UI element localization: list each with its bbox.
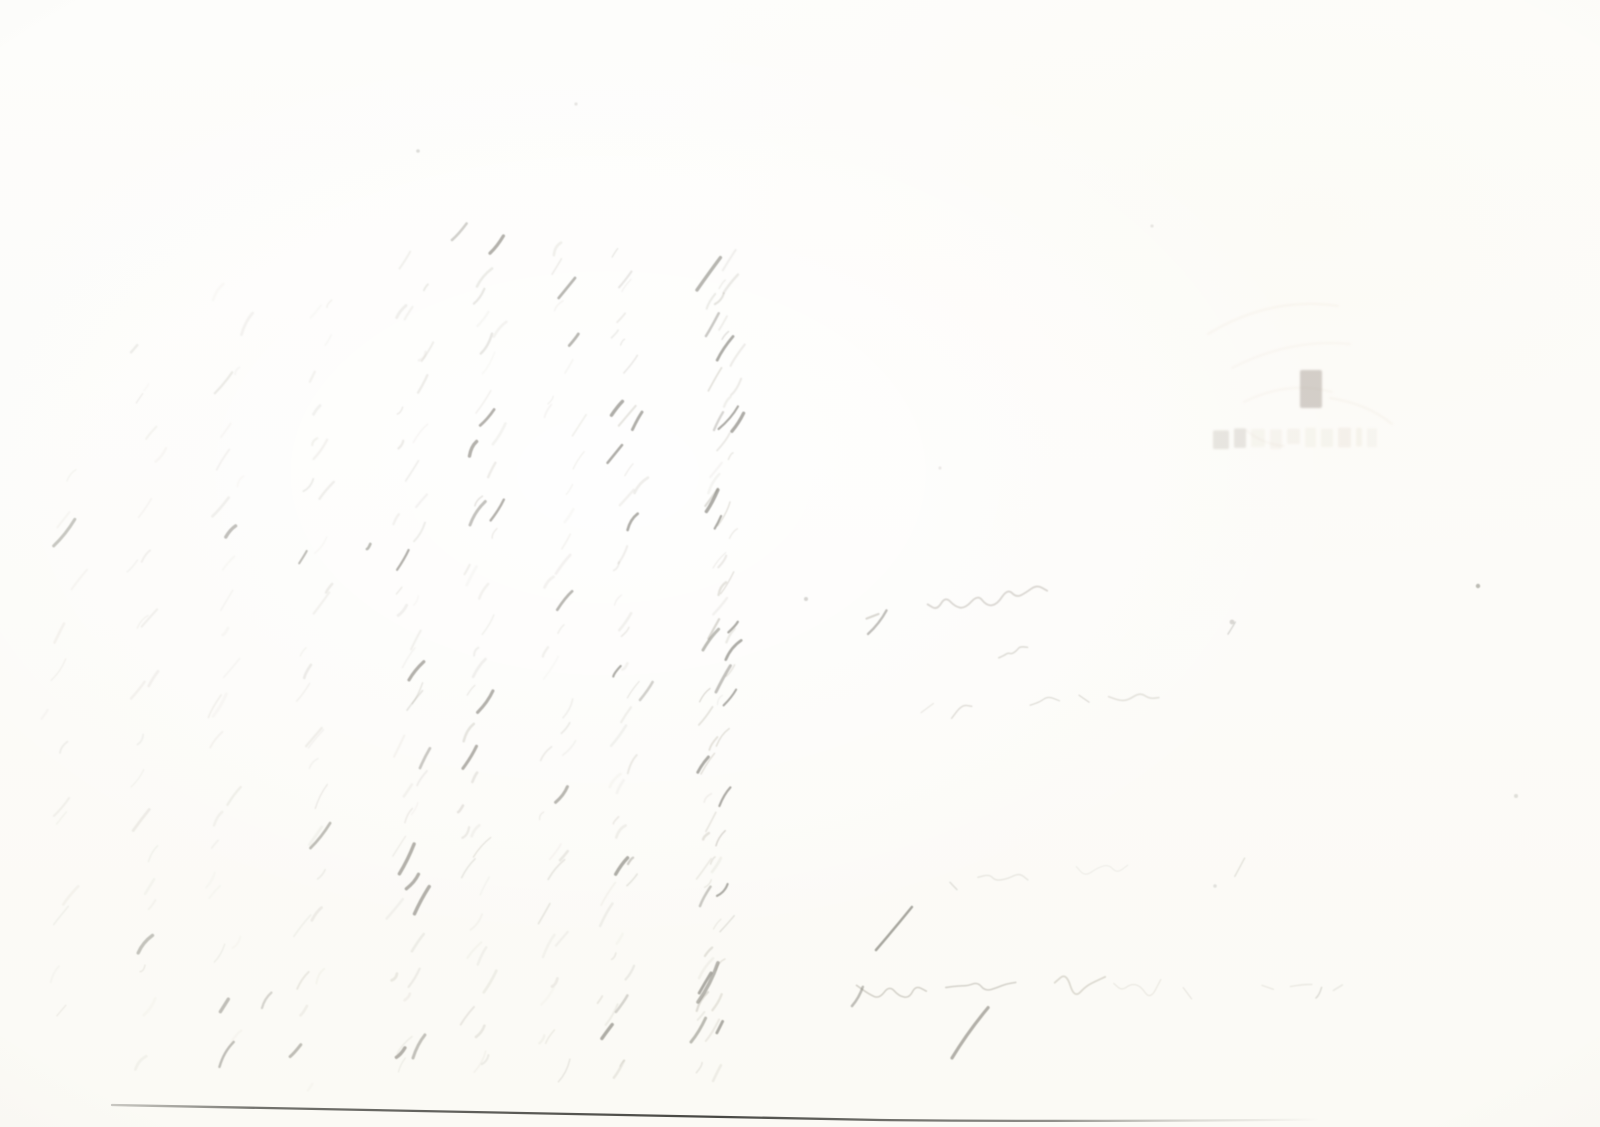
paper-specks bbox=[416, 102, 1518, 887]
postcard-artwork bbox=[0, 0, 1600, 1127]
handwritten-address-block bbox=[852, 587, 1342, 1058]
handwritten-message-sideways bbox=[42, 224, 745, 1091]
postmark-stamp bbox=[1208, 304, 1392, 449]
postcard-scan: Scanned postcard back with faint pencil … bbox=[0, 0, 1600, 1127]
card-bottom-edge-line bbox=[112, 1105, 1320, 1121]
